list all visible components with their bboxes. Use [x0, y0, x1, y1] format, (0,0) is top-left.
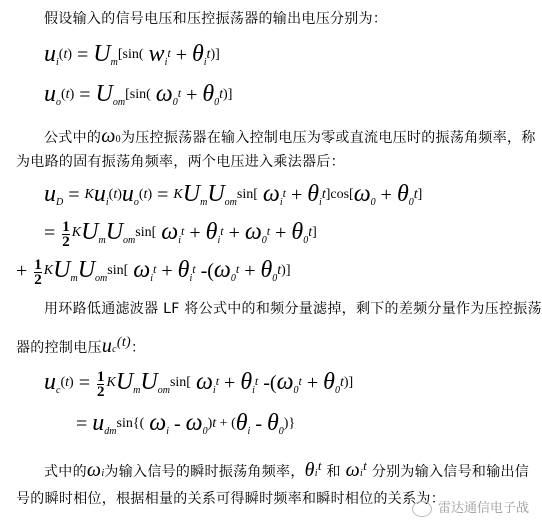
equation-control-simplified: = udmsin{( ωi - ω0)t + (θi - θ0)} — [76, 410, 295, 445]
watermark: 雷达通信电子战 — [412, 497, 529, 517]
paragraph-intro: 假设输入的信号电压和压控振荡器的输出电压分别为： — [44, 10, 387, 28]
omega-i-t-symbol: ωit — [346, 459, 367, 481]
equation-control-voltage: uc(t) = 12KUmUomsin[ ωit + θit -(ω0t + θ… — [44, 368, 353, 404]
paragraph-phase-line1: 式中的ωi为输入信号的瞬时振荡角频率，θit 和 ωit 分别为输入信号和输出信 — [44, 457, 529, 483]
paragraph-filter-line1: 用环路低通滤波器 LF 将公式中的和频分量滤掉，剩下的差频分量作为压控振荡 — [44, 300, 542, 318]
equation-expand-diff: + 12KUmUomsin[ ωit + θit -(ω0t + θ0t)] — [16, 256, 290, 292]
omega0-symbol: ω0 — [101, 125, 121, 147]
wechat-icon — [412, 501, 432, 517]
watermark-label: 雷达通信电子战 — [438, 501, 529, 516]
equation-input-signal: ui(t) = Um[sin( wit + θit)] — [44, 40, 220, 76]
uc-symbol: uc(t) — [102, 335, 131, 357]
paragraph-phase-line2: 号的瞬时相位，根据相量的关系可得瞬时频率和瞬时相位的关系为： — [16, 490, 445, 508]
theta-i-t-symbol: θit — [305, 459, 322, 481]
paragraph-omega0-line2: 为电路的固有振荡角频率，两个电压进入乘法器后： — [16, 153, 345, 171]
equation-vco-output: uo(t) = Uom[sin( ω0t + θ0t)] — [44, 80, 232, 116]
paragraph-omega0-line1: 公式中的ω0为压控振荡器在输入控制电压为零或直流电压时的振荡角频率，称 — [44, 127, 536, 149]
equation-expand-sum: = 12KUmUomsin[ ωit + θit + ω0t + θ0t] — [44, 218, 317, 254]
omega-i-symbol: ωi — [87, 459, 105, 481]
paragraph-filter-line2: 器的控制电压uc(t)： — [16, 334, 145, 359]
equation-multiplier: uD = Kui(t)uo(t) = KUmUomsin[ ωit + θit]… — [44, 180, 422, 216]
